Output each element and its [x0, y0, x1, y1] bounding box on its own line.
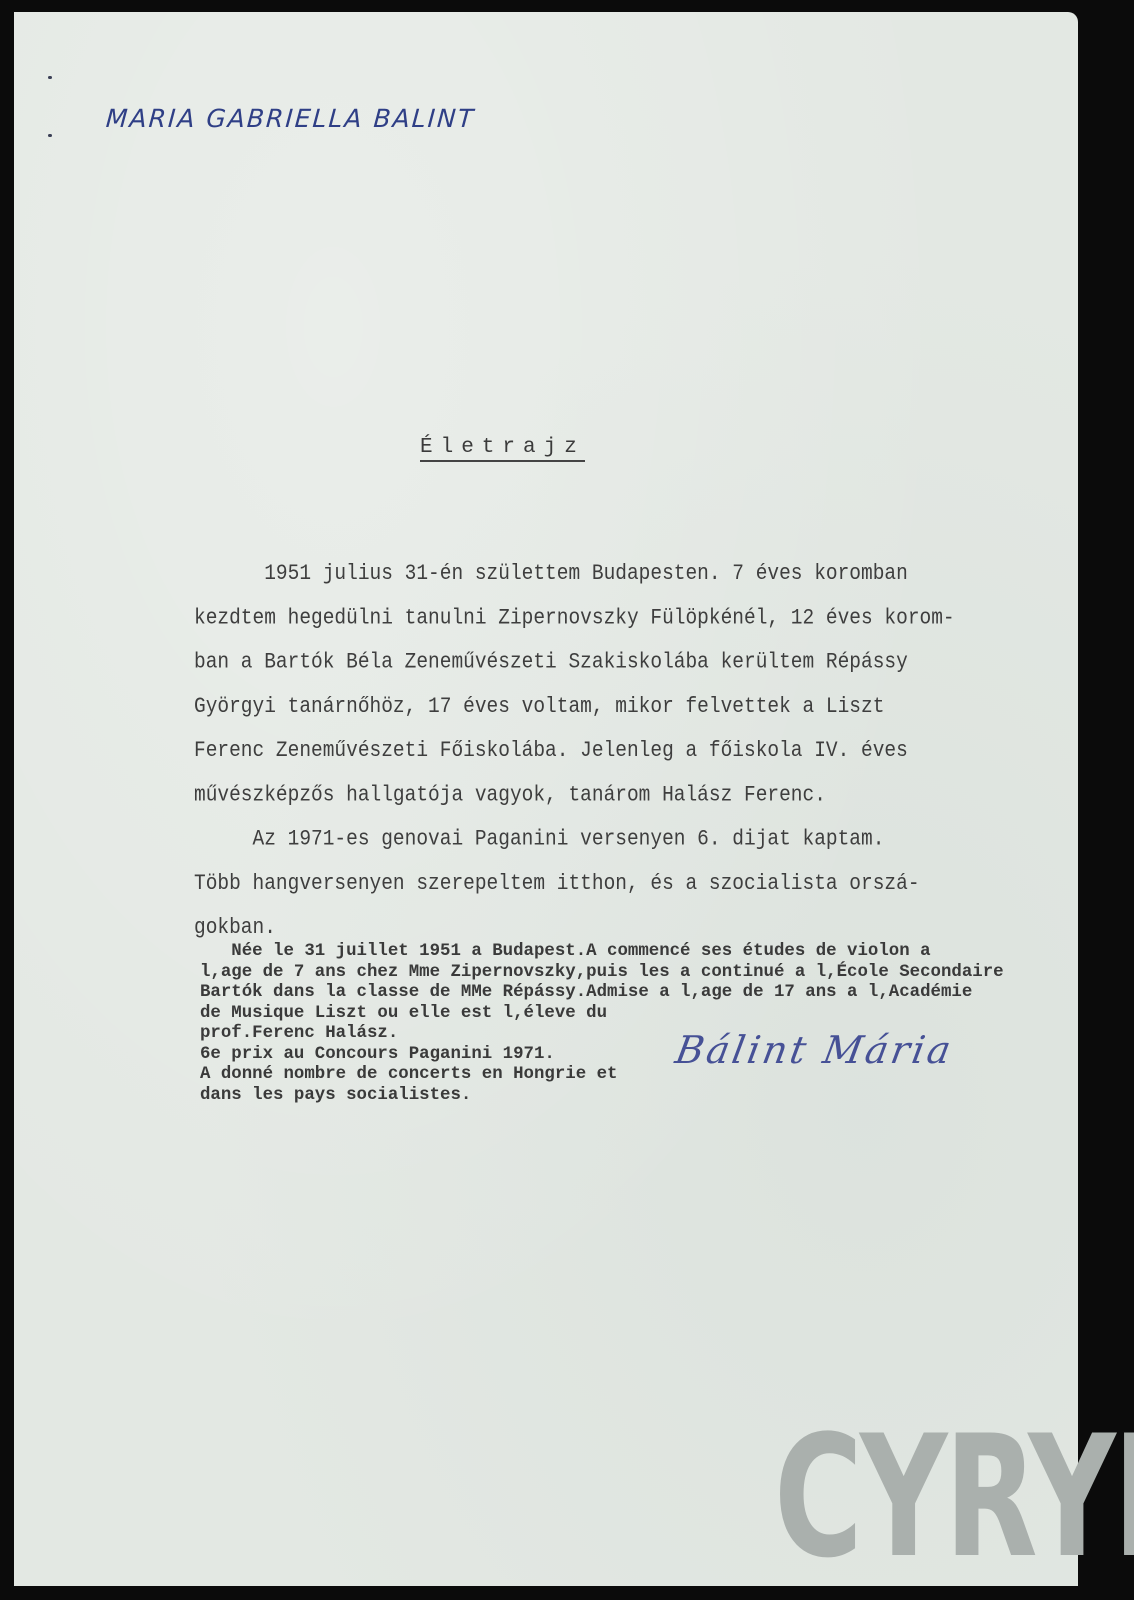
text-line: l,age de 7 ans chez Mme Zipernovszky,pui… — [200, 963, 1004, 984]
text-line: Bartók dans la classe de MMe Répássy.Adm… — [200, 983, 1004, 1004]
text-line: Györgyi tanárnőhöz, 17 éves voltam, miko… — [194, 685, 1074, 729]
document-page: MARIA GABRIELLA BALINT Életrajz 1951 jul… — [14, 12, 1078, 1586]
text-line: művészképzős hallgatója vagyok, tanárom … — [194, 773, 1074, 817]
text-line: 1951 julius 31-én születtem Budapesten. … — [194, 552, 1074, 596]
hungarian-biography: 1951 julius 31-én születtem Budapesten. … — [194, 552, 1074, 950]
text-line: Ferenc Zeneművészeti Főiskolába. Jelenle… — [194, 729, 1074, 773]
watermark-text: CYRYL — [774, 1422, 1134, 1572]
text-line: Née le 31 juillet 1951 a Budapest.A comm… — [200, 942, 1004, 963]
text-line: de Musique Liszt ou elle est l,éleve du — [200, 1004, 1004, 1025]
document-title: Életrajz — [420, 436, 585, 462]
french-biography: Née le 31 juillet 1951 a Budapest.A comm… — [200, 942, 1004, 1106]
cyryl-watermark-logo: CYRYL — [774, 1422, 1054, 1572]
text-line: Az 1971-es genovai Paganini versenyen 6.… — [194, 817, 1074, 861]
signature: Bálint Mária — [672, 1028, 957, 1072]
punch-mark — [48, 76, 52, 79]
text-line: ban a Bartók Béla Zeneművészeti Szakisko… — [194, 640, 1074, 684]
text-line: Több hangversenyen szerepeltem itthon, é… — [194, 862, 1074, 906]
handwritten-name: MARIA GABRIELLA BALINT — [105, 104, 476, 133]
text-line: kezdtem hegedülni tanulni Zipernovszky F… — [194, 596, 1074, 640]
punch-mark — [48, 134, 52, 137]
text-line: dans les pays socialistes. — [200, 1086, 1004, 1107]
